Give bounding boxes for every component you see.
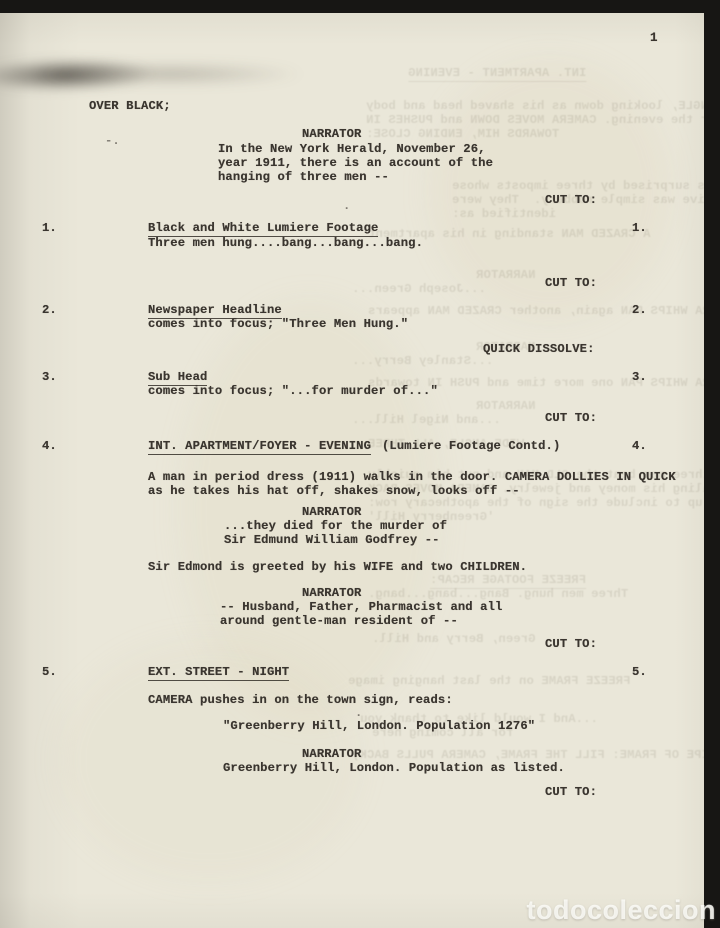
page-number: 1 [650,32,658,45]
ink-marks-layer: -... [0,0,720,928]
watermark: todocoleccion [526,897,716,924]
scanned-script-page: INT. APARTMENT - EVENINGWIDE ANGLE, look… [0,0,720,928]
photo-border-right [704,0,720,928]
photo-border-top [0,0,720,13]
ink-mark: . [343,199,350,213]
ink-mark: -. [105,134,120,148]
ink-mark: . [355,706,362,720]
